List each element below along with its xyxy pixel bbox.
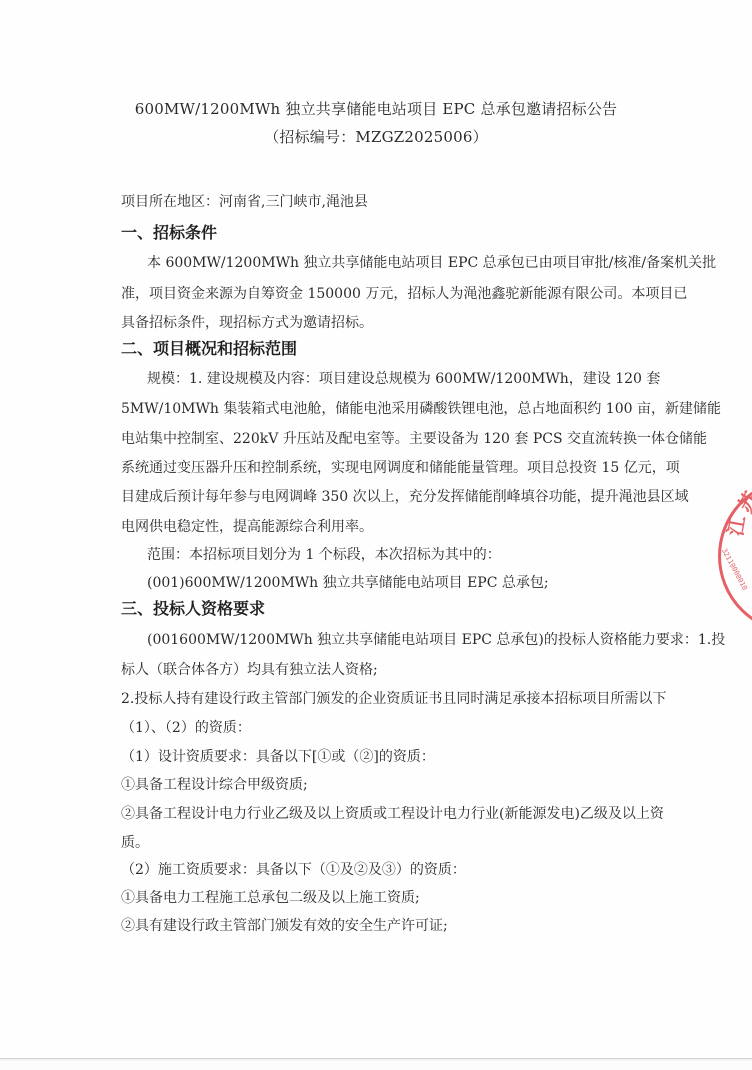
paragraph-line: 标人（联合体各方）均具有独立法人资格; [121,661,378,679]
paragraph-line: （1）设计资质要求：具备以下[①或（②]的资质： [121,748,435,766]
paragraph-line: ①具备工程设计综合甲级资质; [121,776,308,794]
section-heading-project-overview: 二、项目概况和招标范围 [121,339,297,359]
paragraph-line: ②具有建设行政主管部门颁发有效的安全生产许可证; [121,917,448,935]
paragraph-line: (001600MW/1200MWh 独立共享储能电站项目 EPC 总承包)的投标… [147,631,725,649]
paragraph-line: ②具备工程设计电力行业乙级及以上资质或工程设计电力行业(新能源发电)乙级及以上资 [121,805,664,823]
paragraph-line: 5MW/10MWh 集装箱式电池舱，储能电池采用磷酸铁锂电池，总占地面积约 10… [121,400,721,418]
paragraph-line: （1）、（2）的资质： [121,719,251,737]
document-page: 600MW/1200MWh 独立共享储能电站项目 EPC 总承包邀请招标公告 （… [0,0,752,1059]
lot-line: (001)600MW/1200MWh 独立共享储能电站项目 EPC 总承包; [147,574,549,592]
paragraph-line: 电站集中控制室、220kV 升压站及配电室等。主要设备为 120 套 PCS 交… [121,430,707,448]
paragraph-line: 2.投标人持有建设行政主管部门颁发的企业资质证书且同时满足承接本招标项目所需以下 [121,690,666,708]
official-seal-stamp: 苏 江 32110000010 [718,478,752,634]
document-title: 600MW/1200MWh 独立共享储能电站项目 EPC 总承包邀请招标公告 [0,98,752,119]
paragraph-line: 规模：1. 建设规模及内容：项目建设总规模为 600MW/1200MWh，建设 … [147,370,660,388]
paragraph-line: 质。 [121,834,149,852]
paragraph-line: （2）施工资质要求：具备以下（①及②及③）的资质： [121,861,466,879]
paragraph-line: 目建成后预计每年参与电网调峰 350 次以上，充分发挥储能削峰填谷功能，提升渑池… [121,488,689,506]
project-location: 项目所在地区：河南省,三门峡市,渑池县 [121,193,368,211]
stamp-char: 苏 [729,486,752,518]
stamp-number: 32110000010 [720,547,749,592]
paragraph-line: ①具备电力工程施工总承包二级及以上施工资质; [121,889,420,907]
paragraph-line: 电网供电稳定性，提高能源综合利用率。 [121,518,373,536]
tender-number: （招标编号：MZGZ2025006） [0,126,752,147]
section-heading-bidder-qualifications: 三、投标人资格要求 [121,599,265,619]
paragraph-line: 具备招标条件，现招标方式为邀请招标。 [121,314,373,332]
paragraph-line: 本 600MW/1200MWh 独立共享储能电站项目 EPC 总承包已由项目审批… [147,254,716,272]
paragraph-line: 系统通过变压器升压和控制系统，实现电网调度和储能能量管理。项目总投资 15 亿元… [121,459,680,477]
section-heading-tender-conditions: 一、招标条件 [121,223,217,243]
paragraph-line: 准，项目资金来源为自筹资金 150000 万元，招标人为渑池鑫驼新能源有限公司。… [121,285,687,303]
scope-line: 范围：本招标项目划分为 1 个标段，本次招标为其中的： [147,546,501,564]
stamp-char: 江 [719,513,751,538]
